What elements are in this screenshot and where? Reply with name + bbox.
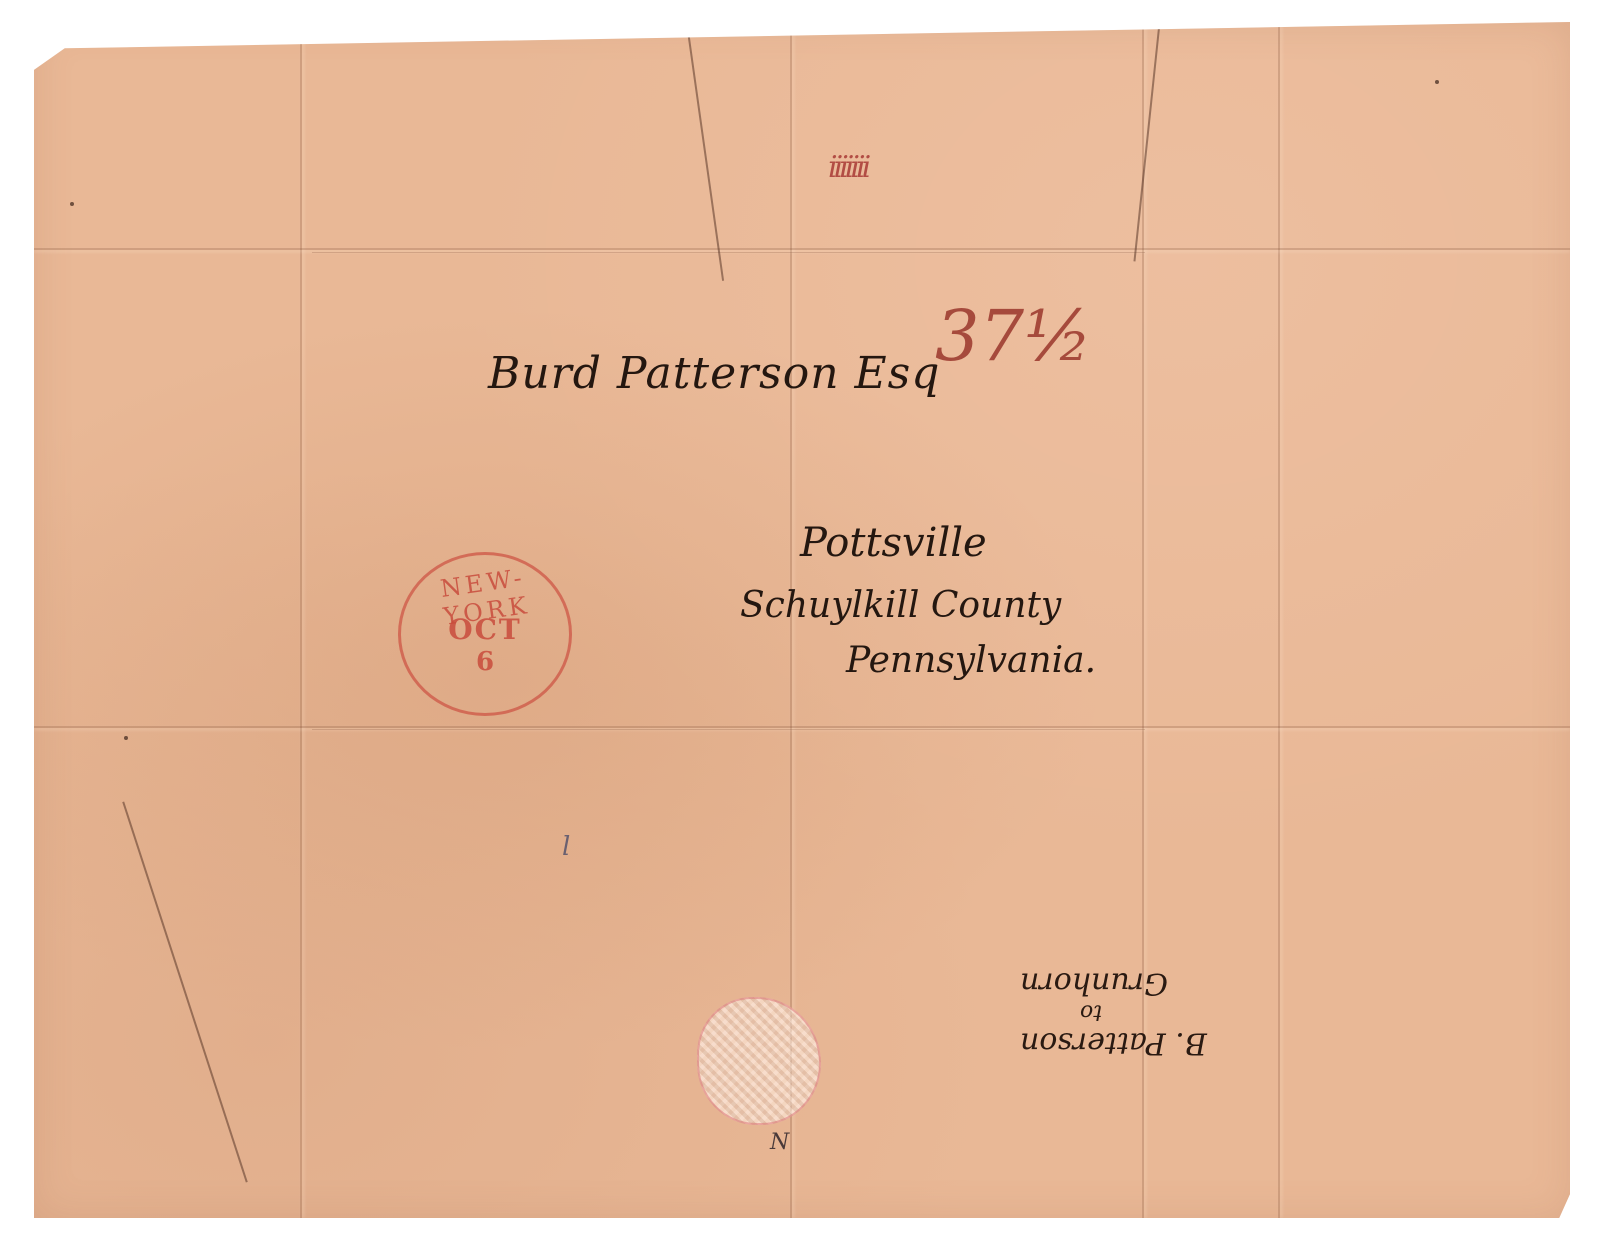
paper-tear <box>686 23 724 281</box>
red-ink-blot: iiiiiii <box>828 150 936 202</box>
docket-line: B. Patterson <box>1020 1025 1207 1060</box>
paper-crease <box>122 801 248 1182</box>
fold-line <box>1278 22 1280 1218</box>
fold-line <box>300 22 302 1218</box>
postmark-stamp: NEW-YORK OCT 6 <box>398 552 572 716</box>
postmark-month: OCT <box>401 613 569 646</box>
docket-line: to <box>1020 1000 1207 1025</box>
ink-spot <box>70 202 74 206</box>
fold-line <box>34 248 1570 250</box>
address-county: Schuylkill County <box>740 585 1061 626</box>
ink-spot <box>1435 80 1439 84</box>
docket-inverted: B. Patterson to Grunhorn <box>1020 965 1207 1059</box>
addressee-name: Burd Patterson Esq <box>488 348 940 399</box>
bottom-mark: N <box>770 1130 789 1155</box>
paper-tear <box>1133 23 1160 262</box>
address-city: Pottsville <box>800 520 987 566</box>
postmark-day: 6 <box>401 647 569 677</box>
pencil-mark: l <box>562 832 570 862</box>
ink-spot <box>124 736 128 740</box>
docket-line: Grunhorn <box>1020 965 1207 1000</box>
postage-rate: 37½ <box>935 295 1092 377</box>
wafer-seal <box>697 997 821 1125</box>
address-state: Pennsylvania. <box>846 640 1096 681</box>
